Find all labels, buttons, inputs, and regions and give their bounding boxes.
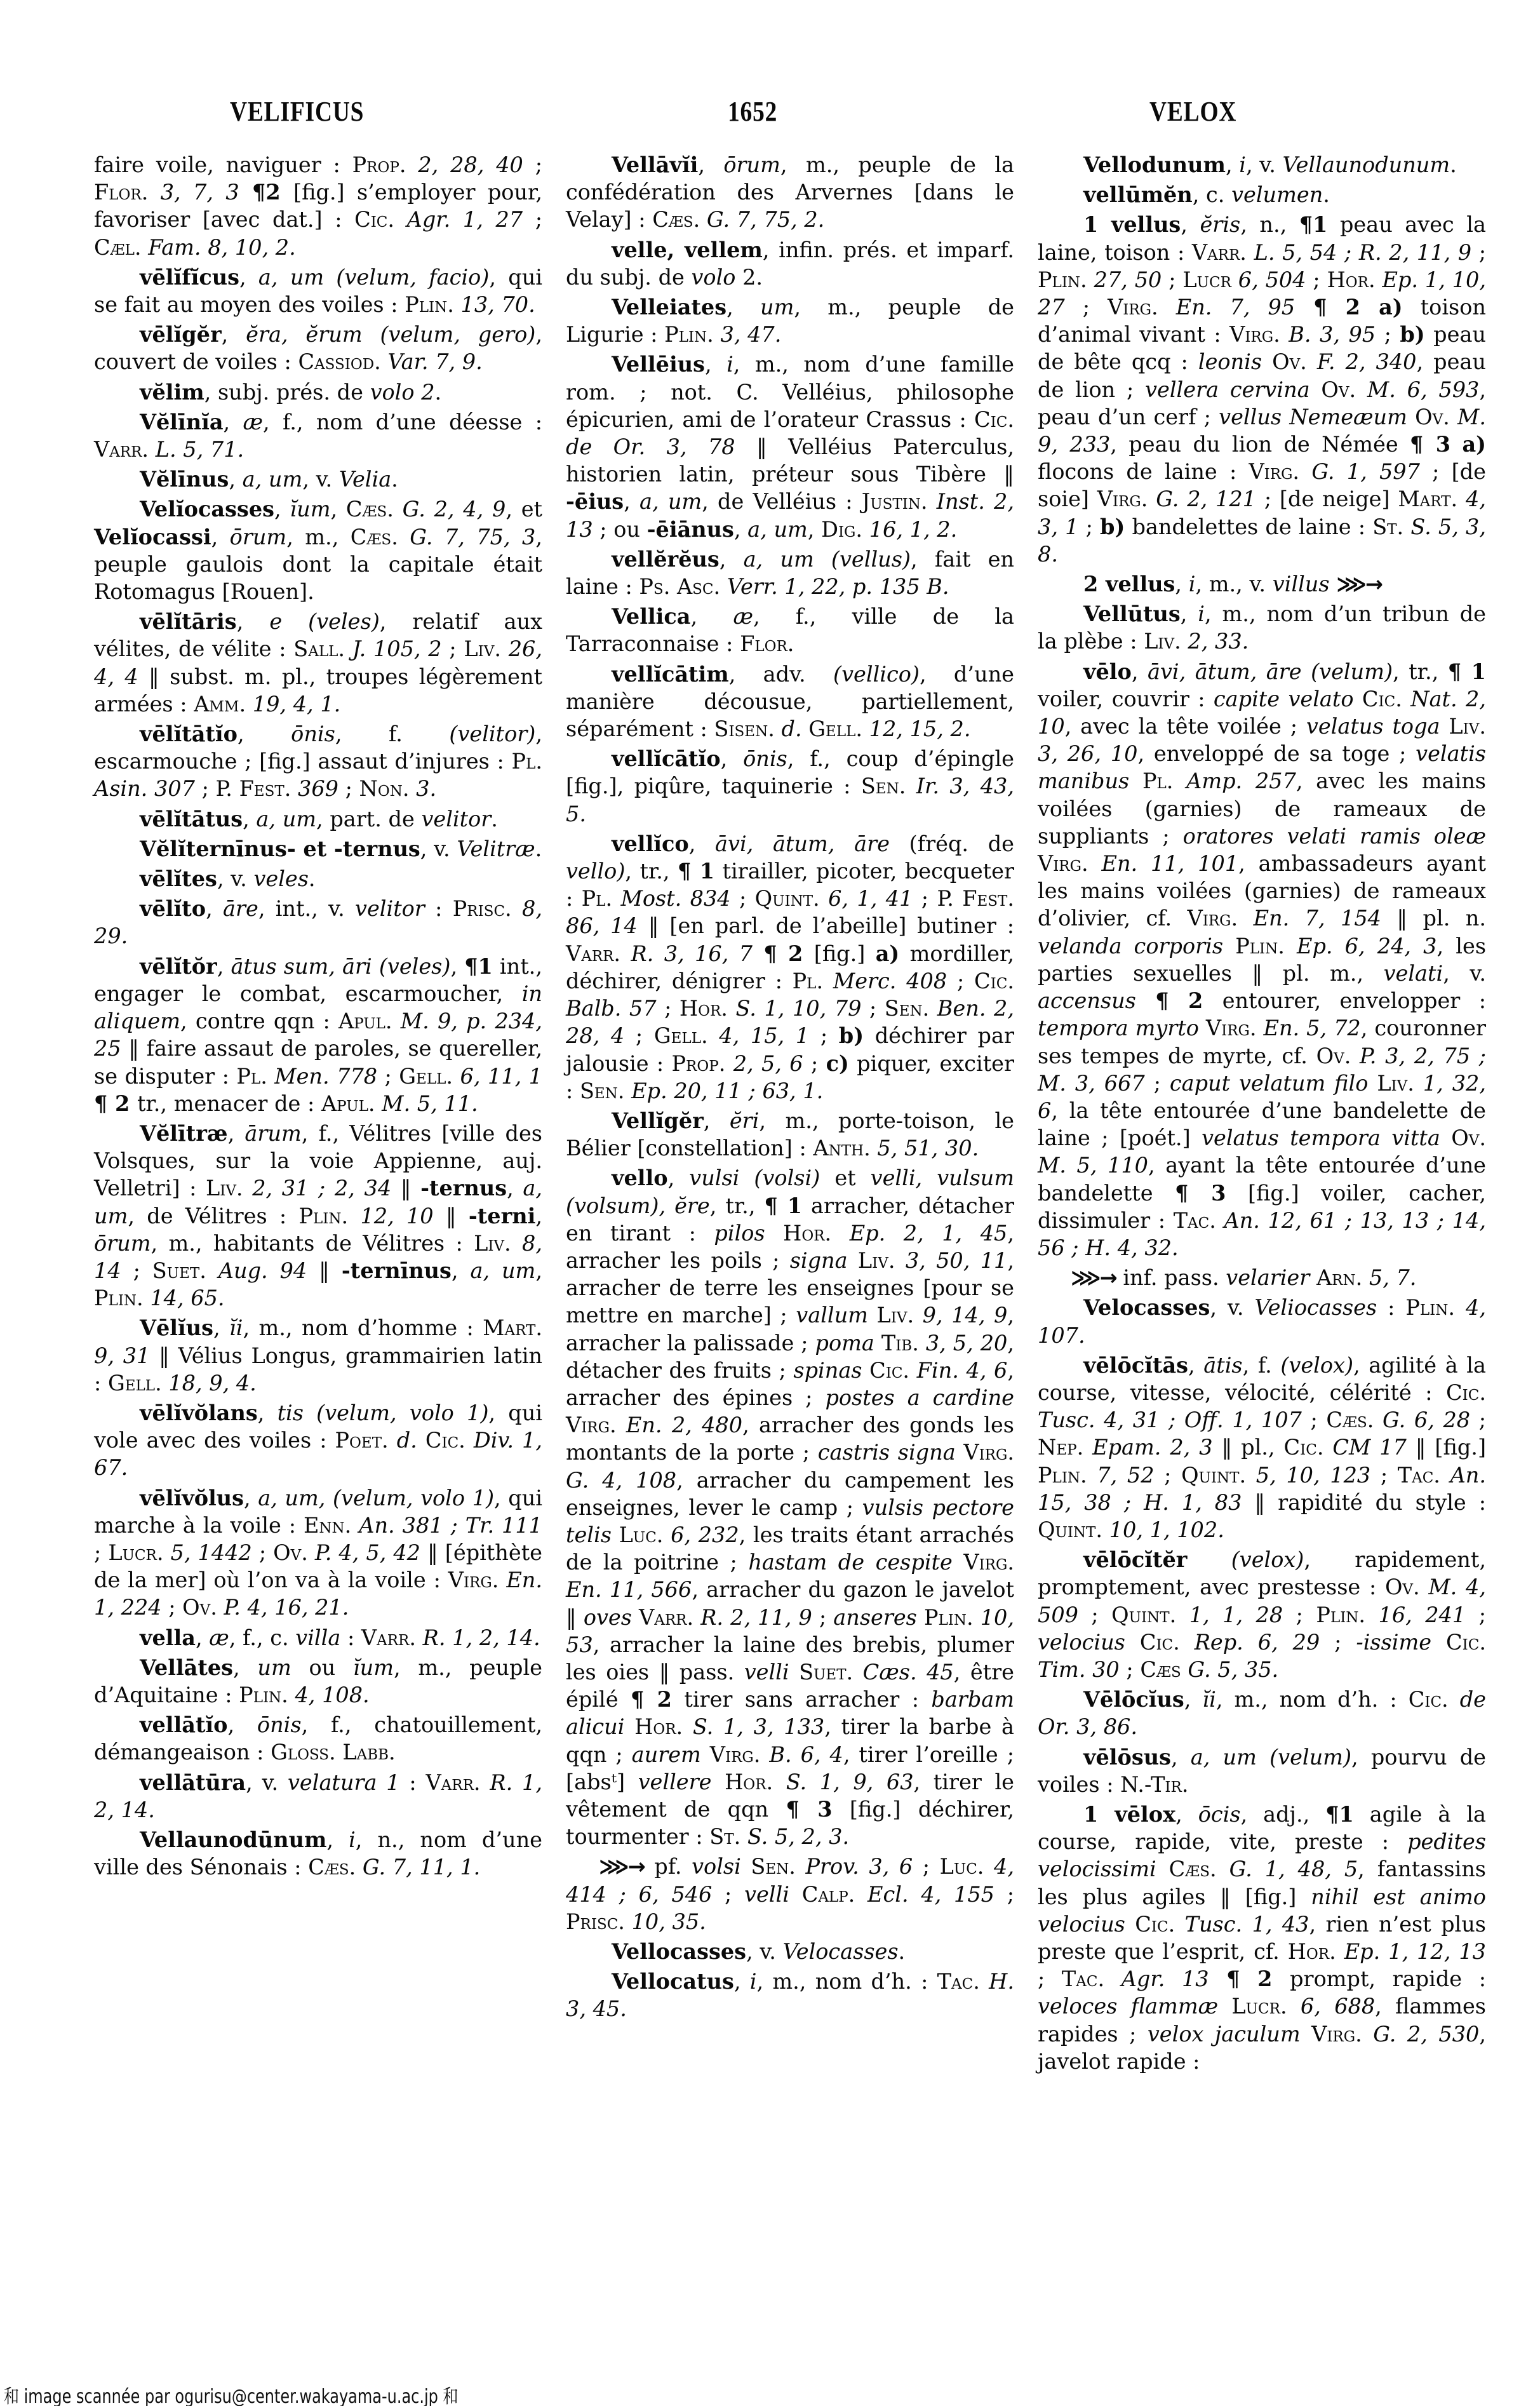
entry-text: i	[726, 352, 733, 377]
entry-text: Cæl.	[94, 235, 142, 260]
entry-text: Arn.	[1316, 1265, 1362, 1290]
entry-text: Ep. 20, 11 ; 63, 1.	[624, 1079, 823, 1103]
entry-text: ōrum	[230, 525, 287, 549]
entry-text: 6, 504	[1231, 267, 1306, 292]
entry-text: ;	[1370, 1463, 1398, 1488]
entry-text: æ	[209, 1625, 229, 1650]
entry-text: B. 6, 4	[760, 1742, 843, 1767]
entry-text: velumen	[1231, 182, 1323, 207]
entry-text: ,	[228, 1121, 245, 1146]
column-right: Vellodunum, i, v. Vellaunodunum.vellūmĕn…	[1038, 151, 1486, 2298]
entry-text: ¶1	[1299, 212, 1328, 237]
entry-text	[1156, 1857, 1169, 1881]
entry-text: Var. 7, 9.	[381, 349, 483, 374]
entry-text: flocons de laine :	[1038, 459, 1249, 484]
entry-text	[953, 1550, 964, 1575]
dictionary-entry: vēlĭgĕr, ĕra, ĕrum (velum, gero), couver…	[94, 321, 542, 375]
headword: vēlōcĭtĕr	[1083, 1547, 1187, 1572]
entry-text: volsi	[692, 1854, 741, 1879]
entry-text: Prov. 3, 6	[796, 1854, 913, 1879]
entry-text: ¶ 2	[631, 1687, 672, 1712]
entry-text: caput velatum filo	[1170, 1071, 1369, 1096]
dictionary-columns: faire voile, naviguer : Prop. 2, 28, 40 …	[94, 151, 1478, 2298]
entry-text	[956, 1440, 964, 1465]
dictionary-entry: vellĭco, āvi, ātum, āre (fréq. de vello)…	[566, 830, 1014, 1105]
entry-text: 1, 1, 28	[1176, 1603, 1283, 1627]
entry-text	[1440, 714, 1449, 739]
entry-text: 6, 688	[1287, 1994, 1376, 2019]
entry-text: Ps. Asc.	[639, 574, 720, 599]
entry-text: 27, 50	[1087, 267, 1162, 292]
dictionary-entry: vello, vulsi (volsi) et velli, vulsum (v…	[566, 1164, 1014, 1850]
entry-text: Anth.	[813, 1136, 870, 1160]
entry-text: ,	[720, 547, 744, 572]
entry-text: 12, 15, 2.	[862, 716, 970, 741]
entry-text: Liv.	[877, 1303, 914, 1327]
entry-text: ,	[705, 352, 726, 377]
entry-text: , f.	[1243, 1353, 1281, 1378]
headword: vēlĭtŏr	[140, 954, 217, 979]
entry-text: ,	[330, 497, 345, 521]
entry-text: 18, 9, 4.	[162, 1371, 257, 1395]
headword: vēlĭgĕr	[140, 322, 222, 347]
dictionary-entry: vēlĭtāris, e (veles), relatif aux vélite…	[94, 608, 542, 718]
headword: Velĭocasses	[140, 497, 274, 521]
entry-text	[1199, 1016, 1206, 1040]
entry-text: 2, 28, 40	[406, 152, 523, 177]
entry-text: B. 3, 95	[1280, 322, 1376, 347]
dictionary-entry: vēlĭvŏlans, tis (velum, volo 1), qui vol…	[94, 1399, 542, 1482]
entry-text: , f.	[335, 722, 450, 746]
entry-text: capite velato	[1214, 687, 1354, 711]
entry-text: spinas	[793, 1358, 862, 1383]
entry-text: 16, 241	[1365, 1603, 1466, 1627]
entry-text: i	[349, 1827, 356, 1852]
entry-text: ;	[1306, 267, 1327, 292]
entry-text: , m., nom d’h. :	[1216, 1687, 1409, 1712]
entry-text: Gell.	[108, 1371, 162, 1395]
entry-text: G. 7, 11, 1.	[356, 1855, 480, 1879]
entry-text: , v.	[302, 467, 339, 492]
entry-text	[862, 1358, 870, 1383]
entry-text: 2, 31 ; 2, 34	[243, 1176, 392, 1200]
entry-text: S. 5, 2, 3.	[740, 1824, 849, 1849]
entry-text: a, um, (velum, volo 1)	[258, 1486, 494, 1510]
entry-text: 369	[291, 776, 338, 801]
entry-text: Cic.	[1140, 1630, 1180, 1655]
dictionary-entry: faire voile, naviguer : Prop. 2, 28, 40 …	[94, 151, 542, 261]
entry-text: velitor	[421, 807, 491, 831]
entry-text: velatus tempora vitta	[1202, 1126, 1440, 1150]
entry-text: Epam. 2, 3	[1083, 1435, 1212, 1460]
entry-text: ‖	[391, 1176, 420, 1200]
entry-text	[1125, 1630, 1140, 1655]
entry-text: , contre qqn :	[180, 1009, 338, 1033]
entry-text: Ov.	[182, 1595, 217, 1620]
entry-text: ;	[1466, 1603, 1486, 1627]
headword: vēlĭtātus	[140, 807, 243, 831]
entry-text: 3, 50, 11	[895, 1248, 1008, 1273]
entry-text: Plin.	[1316, 1603, 1365, 1627]
entry-text: Poet.	[335, 1428, 389, 1453]
entry-text: Ov.	[1272, 349, 1307, 374]
entry-text: En. 7, 95	[1158, 295, 1295, 319]
entry-text: Varr.	[639, 1605, 693, 1630]
headword: Vellocasses	[612, 1939, 746, 1964]
entry-text: Velocasses	[783, 1939, 899, 1964]
entry-text: 9, 31	[94, 1343, 150, 1368]
entry-text: Varr.	[425, 1770, 480, 1795]
entry-text: Agr. 1, 27	[394, 207, 523, 232]
entry-text: de Or. 3, 78	[566, 434, 735, 459]
entry-text: ārum	[244, 1121, 301, 1146]
entry-text: Gell.	[808, 716, 862, 741]
entry-text: 2.	[735, 265, 763, 290]
entry-text: , adj.,	[1241, 1802, 1326, 1827]
entry-text: Virg.	[963, 1550, 1014, 1575]
entry-text: Balb. 57	[566, 996, 657, 1021]
entry-text: , m., nom d’h. :	[756, 1969, 937, 1994]
entry-text: Tac.	[1398, 1463, 1440, 1488]
dictionary-entry: Vĕlītræ, ārum, f., Vélitres [ville des V…	[94, 1120, 542, 1312]
entry-text: , n.,	[1240, 212, 1299, 237]
entry-text: ,	[1175, 572, 1188, 596]
entry-text: 3, 5, 20	[919, 1331, 1008, 1355]
dictionary-entry: vellĕrĕus, a, um (vellus), fait en laine…	[566, 546, 1014, 600]
entry-text: velarier	[1226, 1265, 1309, 1290]
dictionary-entry: vēlĭfĭcus, a, um (velum, facio), qui se …	[94, 264, 542, 318]
entry-text: Virg.	[1311, 2022, 1362, 2046]
entry-text: , tr.,	[625, 859, 678, 884]
entry-text: ;	[523, 207, 542, 232]
entry-text: ,	[721, 746, 743, 771]
entry-text: G. 2, 530	[1362, 2022, 1480, 2046]
entry-text: Lucr.	[108, 1540, 163, 1565]
entry-text: ,	[258, 1401, 278, 1425]
entry-text: a, um	[256, 807, 316, 831]
entry-text: Plin.	[664, 322, 714, 347]
entry-text: Cic.	[1409, 1687, 1449, 1712]
entry-text: (fréq. de	[890, 831, 1014, 856]
headword: 1 vellus	[1083, 212, 1181, 237]
dictionary-entry: vēlĭto, āre, int., v. velitor : Prisc. 8…	[94, 895, 542, 950]
entry-text: ,	[726, 295, 760, 319]
entry-text: Cic.	[1446, 1630, 1486, 1655]
entry-text: Asin. 307	[94, 776, 195, 801]
entry-text: 10, 35.	[625, 1909, 706, 1934]
entry-text: 19, 4, 1.	[246, 692, 340, 716]
entry-text	[632, 1605, 639, 1630]
headword: Vēlĭus	[140, 1315, 213, 1340]
dictionary-entry: Vellocasses, v. Velocasses.	[566, 1938, 1014, 1965]
entry-text: um	[257, 1655, 291, 1680]
entry-text: Calp.	[802, 1882, 855, 1907]
entry-text: ;	[1038, 1966, 1062, 1991]
entry-text: ;	[162, 1595, 183, 1620]
dictionary-entry: vēlĭtŏr, ātus sum, āri (veles), ¶1 int.,…	[94, 953, 542, 1117]
entry-text: ;	[377, 1064, 399, 1089]
entry-text: En. 7, 154	[1238, 906, 1381, 931]
entry-text: En. 5, 72	[1257, 1016, 1361, 1040]
entry-text: Cæs.	[1169, 1857, 1217, 1881]
entry-text: Prisc.	[453, 896, 512, 921]
entry-text: ōcis	[1198, 1802, 1241, 1827]
dictionary-entry: Vellĭgĕr, ĕri, m., porte-toison, le Béli…	[566, 1107, 1014, 1162]
entry-text	[1125, 1912, 1135, 1937]
entry-text: 3, 47.	[714, 322, 782, 347]
entry-text: 3, 7, 3	[148, 180, 239, 205]
headword: b)	[1100, 514, 1125, 539]
headword: Vĕlīnĭa	[140, 410, 224, 434]
headword: b)	[1400, 322, 1424, 347]
entry-text: ‖	[434, 1204, 469, 1228]
entry-text	[701, 1742, 710, 1767]
entry-text: Sen.	[580, 1079, 625, 1103]
entry-text: G. 1, 597	[1299, 459, 1420, 484]
entry-text: .	[1323, 182, 1330, 207]
entry-text: Cic.	[1135, 1912, 1175, 1937]
entry-text: , enveloppé de sa toge ;	[1137, 741, 1416, 766]
entry-text: ,	[507, 1176, 523, 1200]
entry-text: Men. 778	[267, 1064, 377, 1089]
entry-text: Nep.	[1038, 1435, 1083, 1460]
entry-text: ,	[239, 265, 258, 290]
entry-text: ,	[624, 489, 639, 514]
entry-text: ,	[206, 896, 223, 921]
entry-text: 5, 7.	[1362, 1265, 1416, 1290]
entry-text: , tr.,	[710, 1193, 765, 1218]
entry-text: faire voile, naviguer :	[94, 152, 352, 177]
entry-text: (velitor)	[449, 722, 535, 746]
entry-text: Veliocasses	[1254, 1295, 1377, 1320]
entry-text: Liv.	[206, 1176, 243, 1200]
entry-text: Tim. 30	[1038, 1657, 1120, 1682]
entry-text: , part. de	[316, 807, 421, 831]
entry-text: 5, 51, 30.	[871, 1136, 979, 1160]
entry-text: .	[899, 1939, 906, 1964]
entry-text	[789, 1882, 802, 1907]
column-middle: Vellāvĭi, ōrum, m., peuple de la confédé…	[566, 151, 1014, 2298]
entry-text: S. 1, 3, 133	[683, 1714, 824, 1739]
entry-text	[765, 1221, 784, 1246]
entry-text: , peau du lion de Némée	[1110, 432, 1410, 457]
entry-text	[1218, 1994, 1231, 2019]
headword: vēlĭto	[140, 896, 206, 921]
entry-text: a, um	[470, 1258, 535, 1283]
entry-text: ;	[1145, 1071, 1170, 1096]
dictionary-entry: vellĭcātim, adv. (vellico), d’une manièr…	[566, 661, 1014, 743]
entry-text: ; [de neige]	[1256, 487, 1398, 511]
entry-text: Tib.	[881, 1331, 919, 1355]
entry-text: Dig.	[821, 517, 862, 542]
entry-text: 9, 14, 9	[914, 1303, 1007, 1327]
headword: vēlĭfĭcus	[140, 265, 239, 290]
entry-text	[1407, 405, 1415, 429]
entry-text: M. 6, 593	[1356, 377, 1479, 402]
entry-text: ,	[274, 497, 290, 521]
entry-text: , de Velléius :	[702, 489, 862, 514]
entry-text: velox jaculum	[1148, 2022, 1301, 2046]
entry-text: Cic.	[1362, 687, 1402, 711]
entry-text: , adv.	[729, 662, 833, 687]
entry-text: a, um	[639, 489, 702, 514]
entry-text: St.	[709, 1824, 740, 1849]
entry-text: ¶ 1	[764, 1193, 802, 1218]
entry-text: i	[1189, 572, 1196, 596]
headword: vellĭcātĭo	[612, 746, 721, 771]
dictionary-entry: Vellēius, i, m., nom d’une famille rom. …	[566, 351, 1014, 542]
entry-text: G. 1, 48, 5	[1217, 1857, 1358, 1881]
entry-text	[1301, 2022, 1311, 2046]
entry-text: Lucr	[1182, 267, 1231, 292]
entry-text: Ov.	[1316, 1044, 1351, 1068]
entry-text: Agr. 13	[1104, 1966, 1209, 1991]
entry-text: Non.	[359, 776, 410, 801]
entry-text: Virg.	[1206, 1016, 1257, 1040]
entry-text: Tusc. 1, 43	[1175, 1912, 1309, 1937]
dictionary-entry: Velocasses, v. Veliocasses : Plin. 4, 10…	[1038, 1294, 1486, 1348]
headword: vĕlim	[140, 380, 204, 405]
entry-text: Virg.	[1097, 487, 1148, 511]
headword: Vellocatus	[612, 1969, 734, 1994]
scan-credit: 和 image scannée par ogurisu@center.wakay…	[4, 2381, 459, 2406]
entry-text: :	[340, 1625, 361, 1650]
entry-text: Tac.	[1174, 1208, 1216, 1233]
entry-text: ;	[994, 1882, 1014, 1907]
entry-text: villus	[1273, 572, 1330, 596]
headword: Vellodunum	[1083, 152, 1226, 177]
entry-text: ;	[913, 1854, 939, 1879]
entry-text: 86, 14	[566, 913, 638, 938]
entry-text: Pl.	[236, 1064, 267, 1089]
entry-text	[1309, 1265, 1316, 1290]
entry-text: Varr.	[361, 1625, 416, 1650]
entry-text: ĭi	[1202, 1687, 1215, 1712]
dictionary-entry: Vellāvĭi, ōrum, m., peuple de la confédé…	[566, 151, 1014, 234]
entry-text: ;	[121, 1258, 152, 1283]
entry-text: Sen.	[861, 774, 906, 798]
entry-text: .	[535, 837, 542, 861]
dictionary-entry: vēlōcĭtĕr (velox), rapidement, prompteme…	[1038, 1546, 1486, 1683]
entry-text: .	[491, 807, 498, 831]
entry-text: Gell.	[399, 1064, 453, 1089]
entry-text: ‖ [fig.]	[1407, 1435, 1486, 1460]
entry-text: Quint.	[1181, 1463, 1246, 1488]
entry-text: pf.	[645, 1854, 692, 1879]
entry-text: , m.,	[286, 525, 351, 549]
right-guide-word: VELOX	[1149, 95, 1236, 128]
dictionary-entry: Vellātes, um ou ĭum, m., peuple d’Aquita…	[94, 1654, 542, 1709]
dictionary-entry: Vellica, æ, f., ville de la Tarraconnais…	[566, 603, 1014, 657]
entry-text: 14, 65.	[144, 1286, 225, 1310]
entry-text: G. 7, 75, 2.	[700, 207, 824, 232]
entry-text: Cæs.	[351, 525, 398, 549]
entry-text: Liv.	[464, 636, 501, 661]
entry-text: ;	[1078, 1603, 1111, 1627]
entry-text: vellera cervina	[1145, 377, 1310, 402]
entry-text: vello)	[566, 859, 625, 884]
entry-text: ,	[238, 722, 291, 746]
entry-text: , f., nom d’une déesse :	[263, 410, 542, 434]
entry-text	[848, 1248, 858, 1273]
entry-text: Plin.	[405, 292, 454, 317]
entry-text: velatus toga	[1306, 714, 1440, 739]
headword: a)	[1379, 295, 1403, 319]
entry-text: ātis	[1203, 1353, 1242, 1378]
dictionary-entry: Vĕlīnĭa, æ, f., nom d’une déesse : Varr.…	[94, 408, 542, 463]
entry-text: 6, 232	[663, 1522, 739, 1547]
entry-text: ¶ 2	[753, 941, 814, 966]
entry-text: ¶ 2	[94, 1091, 137, 1116]
entry-text: Liv.	[1449, 714, 1486, 739]
entry-text: ou	[291, 1655, 353, 1680]
entry-text: 2, 33.	[1181, 629, 1249, 654]
entry-text: um	[760, 295, 794, 319]
entry-text: ĭi	[229, 1315, 243, 1340]
entry-text: G. 5, 35.	[1181, 1657, 1278, 1682]
entry-text: leonis	[1198, 349, 1262, 374]
entry-text: veles	[253, 866, 308, 891]
entry-text: :	[400, 1770, 426, 1795]
dictionary-entry: vēlo, āvi, ātum, āre (velum), tr., ¶ 1 v…	[1038, 658, 1486, 1261]
entry-text: ¶ 2	[1209, 1966, 1290, 1991]
entry-text: Hor.	[783, 1221, 831, 1246]
entry-text: Ov.	[1451, 1126, 1486, 1150]
dictionary-entry: vellūmĕn, c. velumen.	[1038, 181, 1486, 208]
entry-text: Varr.	[94, 437, 149, 462]
dictionary-entry: vēlĭtes, v. veles.	[94, 865, 542, 892]
entry-text: aurem	[632, 1742, 701, 1767]
entry-text: Virg.	[1188, 906, 1238, 931]
entry-text: ¶ 1	[678, 859, 714, 884]
entry-text: Fin. 4, 6	[909, 1358, 1007, 1383]
entry-text: Velia	[339, 467, 391, 492]
entry-text: N.-Tir.	[1120, 1772, 1188, 1797]
headword: Vĕlīnus	[140, 467, 229, 492]
headword: Vĕlītræ	[140, 1121, 228, 1146]
entry-text: , avec la tête voilée ;	[1065, 714, 1306, 739]
entry-text: , v.	[1246, 152, 1283, 177]
entry-text: ;	[812, 1605, 833, 1630]
entry-text	[1223, 934, 1235, 958]
entry-text: prompt, rapide :	[1290, 1966, 1486, 1991]
entry-text: ĭum	[290, 497, 330, 521]
headword: vellūmĕn	[1083, 182, 1193, 207]
entry-text: , tr.,	[1393, 659, 1448, 684]
headword: Vellĭgĕr	[612, 1108, 704, 1133]
entry-text: Apul.	[338, 1009, 392, 1033]
entry-text	[802, 716, 809, 741]
entry-text: Prop.	[672, 1051, 726, 1076]
entry-text: Justin.	[862, 489, 928, 514]
entry-text: ‖ rapidité du style :	[1242, 1490, 1486, 1515]
entry-text: ōrum	[94, 1231, 151, 1256]
entry-text: ;	[523, 152, 542, 177]
entry-text: 16, 1, 2.	[862, 517, 957, 542]
entry-text: ;	[1120, 1657, 1141, 1682]
entry-text: Cic.	[974, 969, 1014, 993]
dictionary-entry: Vellocatus, i, m., nom d’h. : Tac. H. 3,…	[566, 1968, 1014, 2022]
entry-text: a, um	[747, 517, 808, 542]
entry-text: Hor.	[1288, 1939, 1336, 1964]
entry-text: Gloss. Labb.	[271, 1740, 396, 1764]
headword: vēlĭtātĭo	[140, 722, 238, 746]
dictionary-entry: Velleiates, um, m., peuple de Ligurie : …	[566, 293, 1014, 348]
entry-text: Sall.	[293, 636, 345, 661]
entry-text: Ep. 6, 24, 3	[1285, 934, 1437, 958]
headword: -ēius	[566, 489, 624, 514]
entry-text: M. 5, 11.	[375, 1091, 478, 1116]
